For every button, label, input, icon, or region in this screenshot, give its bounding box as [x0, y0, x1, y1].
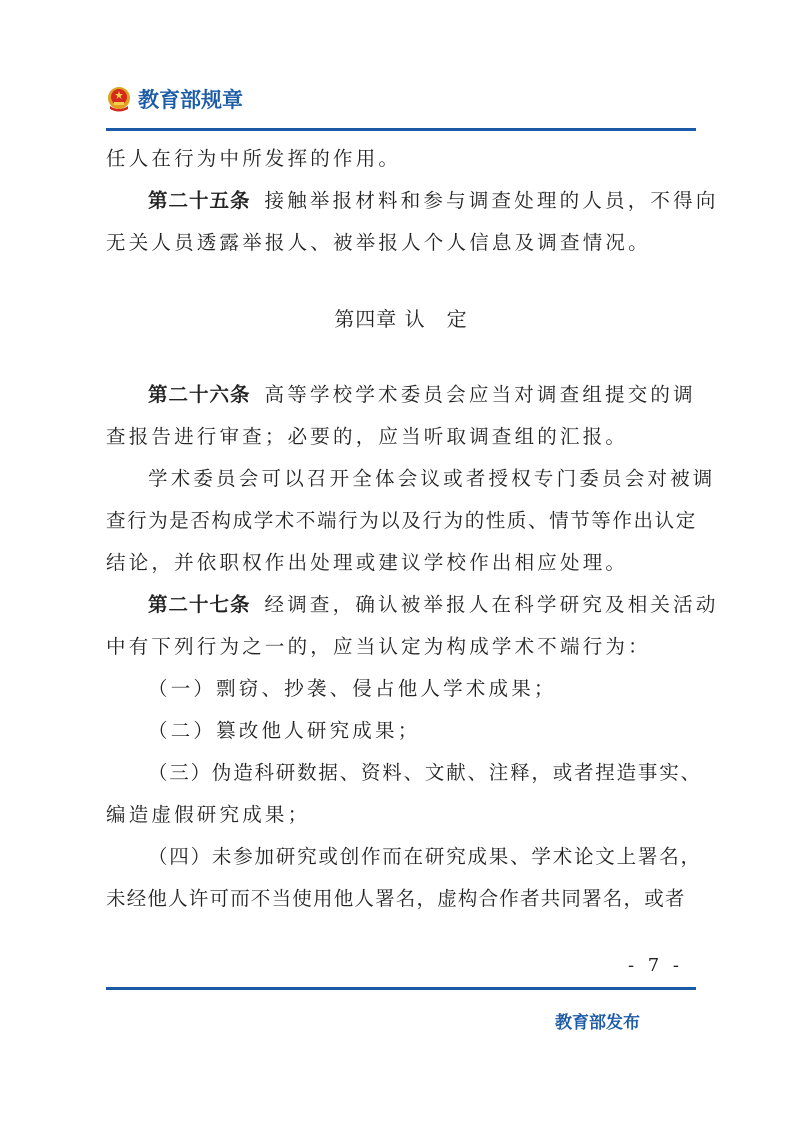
header-divider	[106, 128, 696, 131]
article-27-item-2: （二）篡改他人研究成果；	[106, 710, 696, 752]
article-26-para2-line-3: 结论，并依职权作出处理或建议学校作出相应处理。	[106, 542, 696, 584]
article-25-line-2: 无关人员透露举报人、被举报人个人信息及调查情况。	[106, 222, 696, 264]
article-27-item-3-line-2: 编造虚假研究成果；	[106, 794, 696, 836]
article-27-item-4-line-2: 未经他人许可而不当使用他人署名，虚构合作者共同署名，或者	[106, 878, 696, 920]
footer-divider	[106, 987, 696, 990]
article-26-label: 第二十六条	[148, 383, 251, 406]
article-27-item-3-line-1: （三）伪造科研数据、资料、文献、注释，或者捏造事实、	[106, 752, 696, 794]
article-27-item-4-line-1: （四）未参加研究或创作而在研究成果、学术论文上署名，	[106, 836, 696, 878]
national-emblem-icon	[106, 86, 132, 112]
article-26-line-1: 第二十六条高等学校学术委员会应当对调查组提交的调	[106, 374, 696, 416]
article-25-text: 接触举报材料和参与调查处理的人员，不得向	[265, 189, 719, 212]
footer-publisher: 教育部发布	[555, 1008, 640, 1033]
article-26-text: 高等学校学术委员会应当对调查组提交的调	[265, 383, 696, 406]
chapter-title: 第四章 认 定	[106, 298, 696, 340]
article-27-item-1: （一）剽窃、抄袭、侵占他人学术成果；	[106, 668, 696, 710]
article-27-text: 经调查，确认被举报人在科学研究及相关活动	[265, 593, 719, 616]
article-26-para2-line-2: 查行为是否构成学术不端行为以及行为的性质、情节等作出认定	[106, 500, 696, 542]
article-27-line-1: 第二十七条经调查，确认被举报人在科学研究及相关活动	[106, 584, 696, 626]
page-number: - 7 -	[628, 955, 683, 976]
continuation-text: 任人在行为中所发挥的作用。	[106, 138, 696, 180]
article-26-para2-line-1: 学术委员会可以召开全体会议或者授权专门委员会对被调	[106, 458, 696, 500]
page-header: 教育部规章	[106, 84, 243, 114]
article-27-label: 第二十七条	[148, 593, 251, 616]
document-body: 任人在行为中所发挥的作用。 第二十五条接触举报材料和参与调查处理的人员，不得向 …	[106, 138, 696, 920]
article-25-label: 第二十五条	[148, 189, 251, 212]
article-26-line-2: 查报告进行审查；必要的，应当听取调查组的汇报。	[106, 416, 696, 458]
header-title: 教育部规章	[138, 84, 243, 114]
article-27-line-2: 中有下列行为之一的，应当认定为构成学术不端行为：	[106, 626, 696, 668]
article-25-line-1: 第二十五条接触举报材料和参与调查处理的人员，不得向	[106, 180, 696, 222]
